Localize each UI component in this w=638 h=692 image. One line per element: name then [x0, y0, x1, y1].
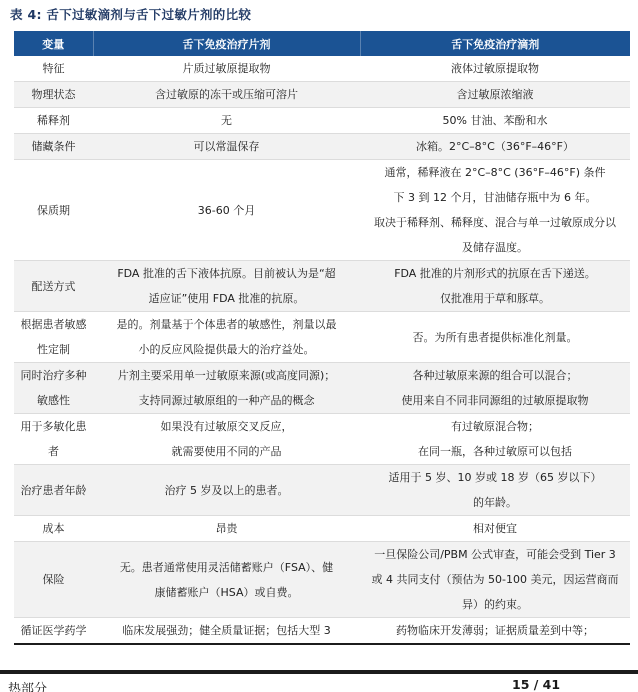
footer-divider [0, 670, 638, 674]
cell-tablet: 无 [93, 108, 360, 134]
table-row: 同时治疗多种 敏感性 片剂主要采用单一过敏原来源(或高度同源)； 支持同源过敏原… [14, 363, 630, 414]
table-header: 变量 舌下免疫治疗片剂 舌下免疫治疗滴剂 [14, 31, 630, 56]
cell-variable: 物理状态 [14, 82, 93, 108]
cell-drops: FDA 批准的片剂形式的抗原在舌下递送。 仅批准用于草和豚草。 [360, 261, 630, 312]
table-row: 治疗患者年龄 治疗 5 岁及以上的患者。 适用于 5 岁、10 岁或 18 岁（… [14, 465, 630, 516]
cell-tablet: 36-60 个月 [93, 160, 360, 261]
cell-variable: 特征 [14, 56, 93, 82]
cell-drops: 有过敏原混合物； 在同一瓶，各种过敏原可以包括 [360, 414, 630, 465]
table-row: 特征 片质过敏原提取物 液体过敏原提取物 [14, 56, 630, 82]
cell-tablet: 是的。剂量基于个体患者的敏感性，剂量以最 小的反应风险提供最大的治疗益处。 [93, 312, 360, 363]
cell-variable: 保险 [14, 542, 93, 618]
cell-variable: 保质期 [14, 160, 93, 261]
table-row: 成本 昂贵 相对便宜 [14, 516, 630, 542]
cell-tablet: 治疗 5 岁及以上的患者。 [93, 465, 360, 516]
cell-tablet: 如果没有过敏原交叉反应， 就需要使用不同的产品 [93, 414, 360, 465]
header-cell-drops: 舌下免疫治疗滴剂 [360, 31, 630, 56]
cell-drops: 相对便宜 [360, 516, 630, 542]
page-title: 表 4: 舌下过敏滴剂与舌下过敏片剂的比较 [10, 5, 251, 23]
table-row: 配送方式 FDA 批准的舌下液体抗原。目前被认为是“超 适应证”使用 FDA 批… [14, 261, 630, 312]
cell-variable: 配送方式 [14, 261, 93, 312]
table-row: 保险 无。患者通常使用灵活储蓄账户（FSA）、健 康储蓄账户（HSA）或自费。 … [14, 542, 630, 618]
table-row: 用于多敏化患 者 如果没有过敏原交叉反应， 就需要使用不同的产品 有过敏原混合物… [14, 414, 630, 465]
cell-variable: 成本 [14, 516, 93, 542]
table-body: 特征 片质过敏原提取物 液体过敏原提取物 物理状态 含过敏原的冻干或压缩可溶片 … [14, 56, 630, 644]
cell-variable: 用于多敏化患 者 [14, 414, 93, 465]
cell-variable: 治疗患者年龄 [14, 465, 93, 516]
cell-drops: 一旦保险公司/PBM 公式审查，可能会受到 Tier 3 或 4 共同支付（预估… [360, 542, 630, 618]
header-cell-variable: 变量 [14, 31, 93, 56]
cell-drops: 药物临床开发薄弱；证据质量差到中等； [360, 618, 630, 645]
cell-variable: 根据患者敏感 性定制 [14, 312, 93, 363]
cell-drops: 冰箱。2°C–8°C（36°F–46°F） [360, 134, 630, 160]
cell-tablet: 临床发展强劲；健全质量证据；包括大型 3 [93, 618, 360, 645]
cell-variable: 同时治疗多种 敏感性 [14, 363, 93, 414]
cell-tablet: FDA 批准的舌下液体抗原。目前被认为是“超 适应证”使用 FDA 批准的抗原。 [93, 261, 360, 312]
cell-tablet: 昂贵 [93, 516, 360, 542]
table-row: 储藏条件 可以常温保存 冰箱。2°C–8°C（36°F–46°F） [14, 134, 630, 160]
header-cell-tablet: 舌下免疫治疗片剂 [93, 31, 360, 56]
table-row: 稀释剂 无 50% 甘油、苯酚和水 [14, 108, 630, 134]
cell-drops: 否。为所有患者提供标准化剂量。 [360, 312, 630, 363]
cell-tablet: 片质过敏原提取物 [93, 56, 360, 82]
cell-tablet: 含过敏原的冻干或压缩可溶片 [93, 82, 360, 108]
cell-drops: 适用于 5 岁、10 岁或 18 岁（65 岁以下） 的年龄。 [360, 465, 630, 516]
table-row: 保质期 36-60 个月 通常，稀释液在 2°C–8°C (36°F–46°F)… [14, 160, 630, 261]
comparison-table: 变量 舌下免疫治疗片剂 舌下免疫治疗滴剂 特征 片质过敏原提取物 液体过敏原提取… [14, 31, 630, 645]
cell-variable: 循证医学药学 [14, 618, 93, 645]
page-number: 15 / 41 [512, 677, 560, 692]
table-row: 循证医学药学 临床发展强劲；健全质量证据；包括大型 3 药物临床开发薄弱；证据质… [14, 618, 630, 645]
cell-drops: 液体过敏原提取物 [360, 56, 630, 82]
cell-tablet: 无。患者通常使用灵活储蓄账户（FSA）、健 康储蓄账户（HSA）或自费。 [93, 542, 360, 618]
table-row: 根据患者敏感 性定制 是的。剂量基于个体患者的敏感性，剂量以最 小的反应风险提供… [14, 312, 630, 363]
table-row: 物理状态 含过敏原的冻干或压缩可溶片 含过敏原浓缩液 [14, 82, 630, 108]
header-row: 变量 舌下免疫治疗片剂 舌下免疫治疗滴剂 [14, 31, 630, 56]
footer-section-label: 热部分 [8, 678, 47, 692]
cell-drops: 通常，稀释液在 2°C–8°C (36°F–46°F) 条件 下 3 到 12 … [360, 160, 630, 261]
cell-tablet: 可以常温保存 [93, 134, 360, 160]
cell-drops: 含过敏原浓缩液 [360, 82, 630, 108]
cell-tablet: 片剂主要采用单一过敏原来源(或高度同源)； 支持同源过敏原组的一种产品的概念 [93, 363, 360, 414]
cell-variable: 稀释剂 [14, 108, 93, 134]
cell-variable: 储藏条件 [14, 134, 93, 160]
cell-drops: 50% 甘油、苯酚和水 [360, 108, 630, 134]
cell-drops: 各种过敏原来源的组合可以混合； 使用来自不同非同源组的过敏原提取物 [360, 363, 630, 414]
